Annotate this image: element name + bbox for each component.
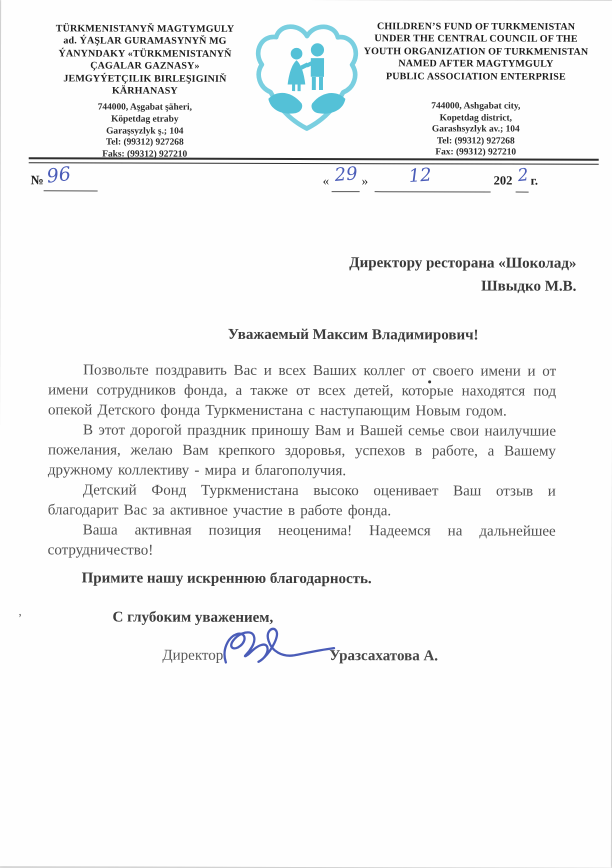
body-paragraph: Позвольте поздравить Вас и всех Ваших ко… [48, 360, 556, 421]
ref-number-label: № [31, 172, 44, 188]
address-block-right: 744000, Ashgabat city, Kopetdag district… [353, 101, 599, 160]
body-paragraph: В этот дорогой праздник приношу Вам и Ва… [48, 420, 556, 481]
address-line: Tel: (99312) 927268 [31, 137, 259, 149]
body-paragraph: Ваша активная позиция неоценима! Надеемс… [48, 520, 556, 561]
signer-name: Уразсахатова А. [329, 648, 438, 665]
scan-artifact [428, 380, 431, 383]
address-line: 744000, Ashgabat city, [353, 101, 599, 113]
form-line [44, 190, 98, 191]
body-paragraph: Детский Фонд Туркменистана высоко оценив… [48, 480, 556, 521]
org-name-line: PUBLIC ASSOCIATION ENTERPRISE [353, 71, 599, 84]
form-line [516, 192, 529, 193]
address-line: 744000, Aşgabat şäheri, [31, 103, 259, 115]
date-year-suffix: г. [531, 174, 538, 189]
signer-title: Директор [162, 648, 223, 665]
form-line [375, 191, 491, 192]
handwritten-signature-icon [219, 621, 339, 673]
recipient-block: Директору ресторана «Шоколад» Швыдко М.В… [349, 252, 576, 299]
scan-artifact: , [19, 603, 22, 619]
org-name-line: KÄRHANASY [31, 85, 259, 98]
salutation: Уважаемый Максим Владимирович! [94, 326, 612, 344]
org-name-line: JEMGYÝETÇILIK BIRLEŞIGINIŇ [31, 73, 259, 86]
org-name-line: ad. ÝAŞLAR GURAMASYNYŇ MG [31, 36, 259, 49]
date-month-handwritten: 12 [408, 165, 432, 187]
date-close-quote: » [362, 173, 369, 189]
address-line: Garaşsyzlyk ş.; 104 [31, 126, 259, 138]
letterhead-right: CHILDREN’S FUND OF TURKMENISTAN UNDER TH… [353, 21, 599, 160]
header-separator-rule [29, 157, 599, 164]
address-block-left: 744000, Aşgabat şäheri, Köpetdag etraby … [31, 103, 259, 162]
scanned-letter-page: TÜRKMENISTANYŇ MAGTYMGULY ad. ÝAŞLAR GUR… [0, 0, 612, 868]
org-name-line: CHILDREN’S FUND OF TURKMENISTAN [353, 21, 599, 34]
org-name-line: ÇAGALAR GAZNASY» [31, 60, 259, 73]
org-name-line: YOUTH ORGANIZATION OF TURKMENISTAN [353, 46, 599, 59]
date-year-printed: 202 [494, 173, 513, 188]
gratitude-line: Примите нашу искреннюю благодарность. [82, 570, 372, 588]
org-name-line: TÜRKMENISTANYŇ MAGTYMGULY [31, 23, 259, 36]
address-line: Köpetdag etraby [31, 114, 259, 126]
form-line [332, 191, 360, 192]
letterhead-left: TÜRKMENISTANYŇ MAGTYMGULY ad. ÝAŞLAR GUR… [31, 23, 259, 161]
address-line: Garashsyzlyk av.; 104 [353, 124, 599, 136]
org-name-line: NAMED AFTER MAGTYMGULY [353, 58, 599, 71]
ref-number-handwritten: 96 [45, 163, 72, 188]
letter-body: Позвольте поздравить Вас и всех Ваших ко… [48, 360, 557, 561]
recipient-line2: Швыдко М.В. [349, 275, 576, 299]
children-fund-logo-icon [252, 10, 362, 148]
date-open-quote: « [323, 173, 330, 189]
address-line: Tel: (99312) 927268 [353, 136, 599, 148]
org-name-line: ÝANYNDAKY «TÜRKMENISTANYŇ [31, 48, 259, 61]
org-name-line: UNDER THE CENTRAL COUNCIL OF THE [353, 34, 599, 47]
date-day-handwritten: 29 [334, 163, 359, 186]
date-year-digit-handwritten: 2 [517, 165, 530, 186]
heart-hands-children-icon [252, 10, 362, 148]
recipient-line1: Директору ресторана «Шоколад» [349, 252, 576, 276]
address-line: Kopetdag district, [353, 113, 599, 125]
